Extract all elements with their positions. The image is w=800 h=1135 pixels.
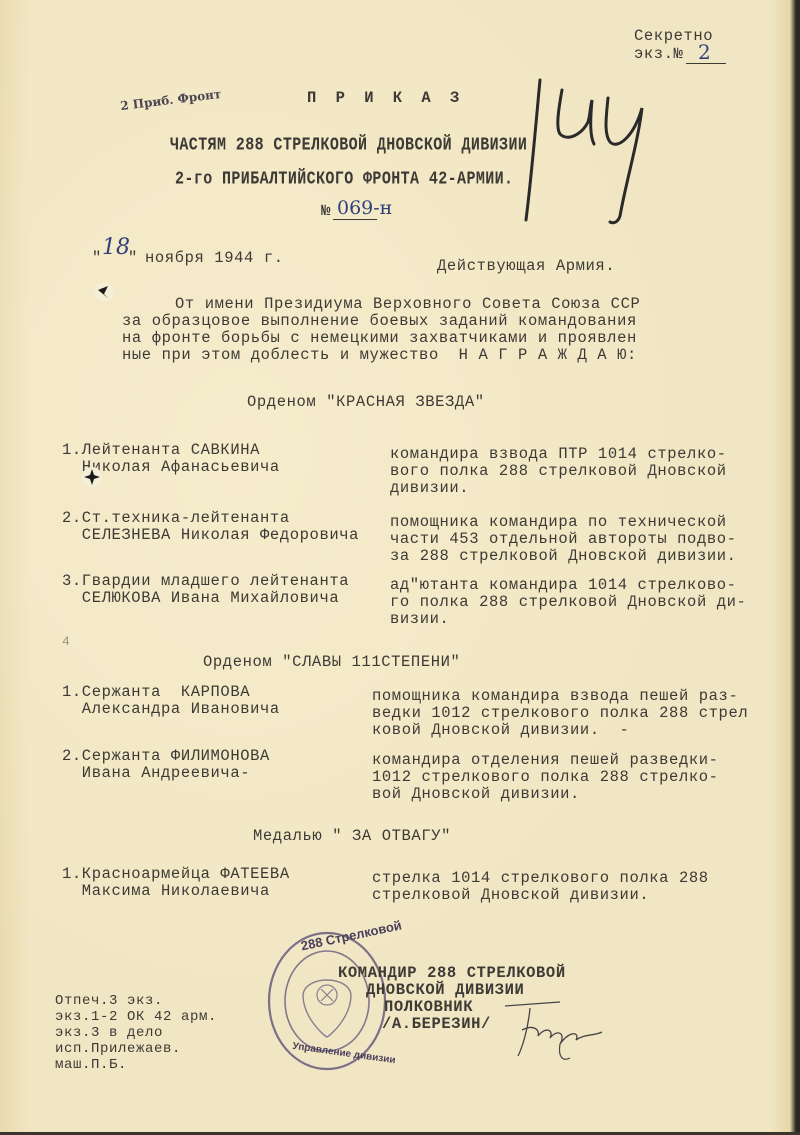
order-no-underline: [333, 219, 377, 220]
place-text: Действующая Армия.: [437, 258, 615, 274]
order-number: 069-н: [337, 197, 392, 219]
awardee-1-position-line3: дивизии.: [390, 480, 469, 496]
document-title: П Р И К А З: [307, 90, 464, 106]
section-heading-courage: Медалью " ЗА ОТВАГУ": [253, 828, 451, 844]
preamble-line-3: на фронте борьбы с немецкими захватчикам…: [122, 330, 637, 346]
footer-note-2: экз.1-2 ОК 42 арм.: [55, 1009, 217, 1025]
date-quote-close: ": [128, 250, 138, 266]
punch-hole: [92, 280, 116, 304]
signature-line-4: /А.БЕРЕЗИН/: [382, 1016, 491, 1032]
awardee-2-position-line1: помощника командира по технической: [390, 514, 727, 530]
date-day: 18: [102, 235, 130, 260]
preamble-line-2: за образцовое выполнение боевых заданий …: [122, 313, 637, 329]
signature-line-3: ПОЛКОВНИК: [384, 999, 473, 1015]
awardee-1-name-line1: 1.Лейтенанта САВКИНА: [62, 442, 260, 458]
copy-label: экз.№: [634, 46, 684, 62]
awardee-5-position-line3: вой Дновской дивизии.: [372, 786, 580, 802]
footer-note-3: экз.3 в дело: [55, 1025, 163, 1041]
awardee-4-name-line1: 1.Сержанта КАРПОВА: [62, 684, 250, 700]
handwritten-registry-number: [510, 72, 650, 232]
copy-number: 2: [698, 40, 711, 64]
awardee-6-position-line1: стрелка 1014 стрелкового полка 288: [372, 870, 709, 886]
awardee-3-name-line2: СЕЛЮКОВА Ивана Михайловича: [62, 590, 339, 606]
preamble-line-1: От имени Президиума Верховного Совета Со…: [175, 296, 640, 312]
awardee-5-name-line2: Ивана Андреевича-: [62, 765, 250, 781]
section-heading-red-star: Орденом "КРАСНАЯ ЗВЕЗДА": [247, 394, 485, 410]
section-heading-glory: Орденом "СЛАВЫ 111СТЕПЕНИ": [203, 654, 460, 670]
awardee-3-position-line1: ад"ютанта командира 1014 стрелково-: [390, 577, 737, 593]
date-text: ноября 1944 г.: [145, 250, 284, 266]
awardee-4-position-line1: помощника командира взвода пешей раз-: [372, 688, 738, 704]
footer-note-1: Отпеч.3 экз.: [55, 993, 163, 1009]
subtitle-line1: ЧАСТЯМ 288 СТРЕЛКОВОЙ ДНОВСКОЙ ДИВИЗИИ: [170, 136, 527, 155]
date-quote-open: ": [92, 250, 102, 266]
punch-hole: [80, 465, 104, 489]
awardee-4-position-line3: ковой Дновской дивизии. -: [372, 722, 629, 738]
awardee-2-name-line1: 2.Ст.техника-лейтенанта: [62, 510, 290, 526]
awardee-5-position-line1: командира отделения пешей разведки-: [372, 752, 719, 768]
preamble-line-4: ные при этом доблесть и мужество Н А Г Р…: [122, 347, 637, 363]
awardee-6-position-line2: стрелковой Дновской дивизии.: [372, 887, 649, 903]
awardee-4-name-line2: Александра Ивановича: [62, 701, 280, 717]
awardee-3-position-line2: го полка 288 стрелковой Дновской ди-: [390, 594, 746, 610]
handwritten-signature: [500, 1000, 610, 1070]
signature-line-1: КОМАНДИР 288 СТРЕЛКОВОЙ: [338, 965, 566, 981]
footer-note-5: маш.П.Б.: [55, 1057, 127, 1073]
awardee-2-name-line2: СЕЛЕЗНЕВА Николая Федоровича: [62, 527, 359, 543]
awardee-2-position-line2: части 453 отдельной автороты подво-: [390, 531, 737, 547]
awardee-1-position-line2: вого полка 288 стрелковой Дновской: [390, 463, 727, 479]
awardee-3-position-line3: визии.: [390, 611, 449, 627]
order-no-prefix: №: [321, 203, 331, 219]
awardee-4-position-line2: ведки 1012 стрелкового полка 288 стрел: [372, 705, 748, 721]
awardee-6-name-line1: 1.Красноармейца ФАТЕЕВА: [62, 866, 290, 882]
awardee-6-name-line2: Максима Николаевича: [62, 883, 270, 899]
footer-note-4: исп.Прилежаев.: [55, 1041, 181, 1057]
awardee-5-name-line1: 2.Сержанта ФИЛИМОНОВА: [62, 748, 270, 764]
awardee-1-position-line1: командира взвода ПТР 1014 стрелко-: [390, 446, 727, 462]
margin-mark: 4: [62, 634, 70, 650]
copy-number-underline: [686, 63, 726, 64]
awardee-2-position-line3: за 288 стрелковой Дновской дивизии.: [390, 548, 737, 564]
awardee-5-position-line2: 1012 стрелкового полка 288 стрелко-: [372, 769, 719, 785]
subtitle-line2: 2-го ПРИБАЛТИЙСКОГО ФРОНТА 42-АРМИИ.: [175, 170, 513, 189]
awardee-3-name-line1: 3.Гвардии младшего лейтенанта: [62, 573, 349, 589]
signature-line-2: ДНОВСКОЙ ДИВИЗИИ: [366, 982, 524, 998]
